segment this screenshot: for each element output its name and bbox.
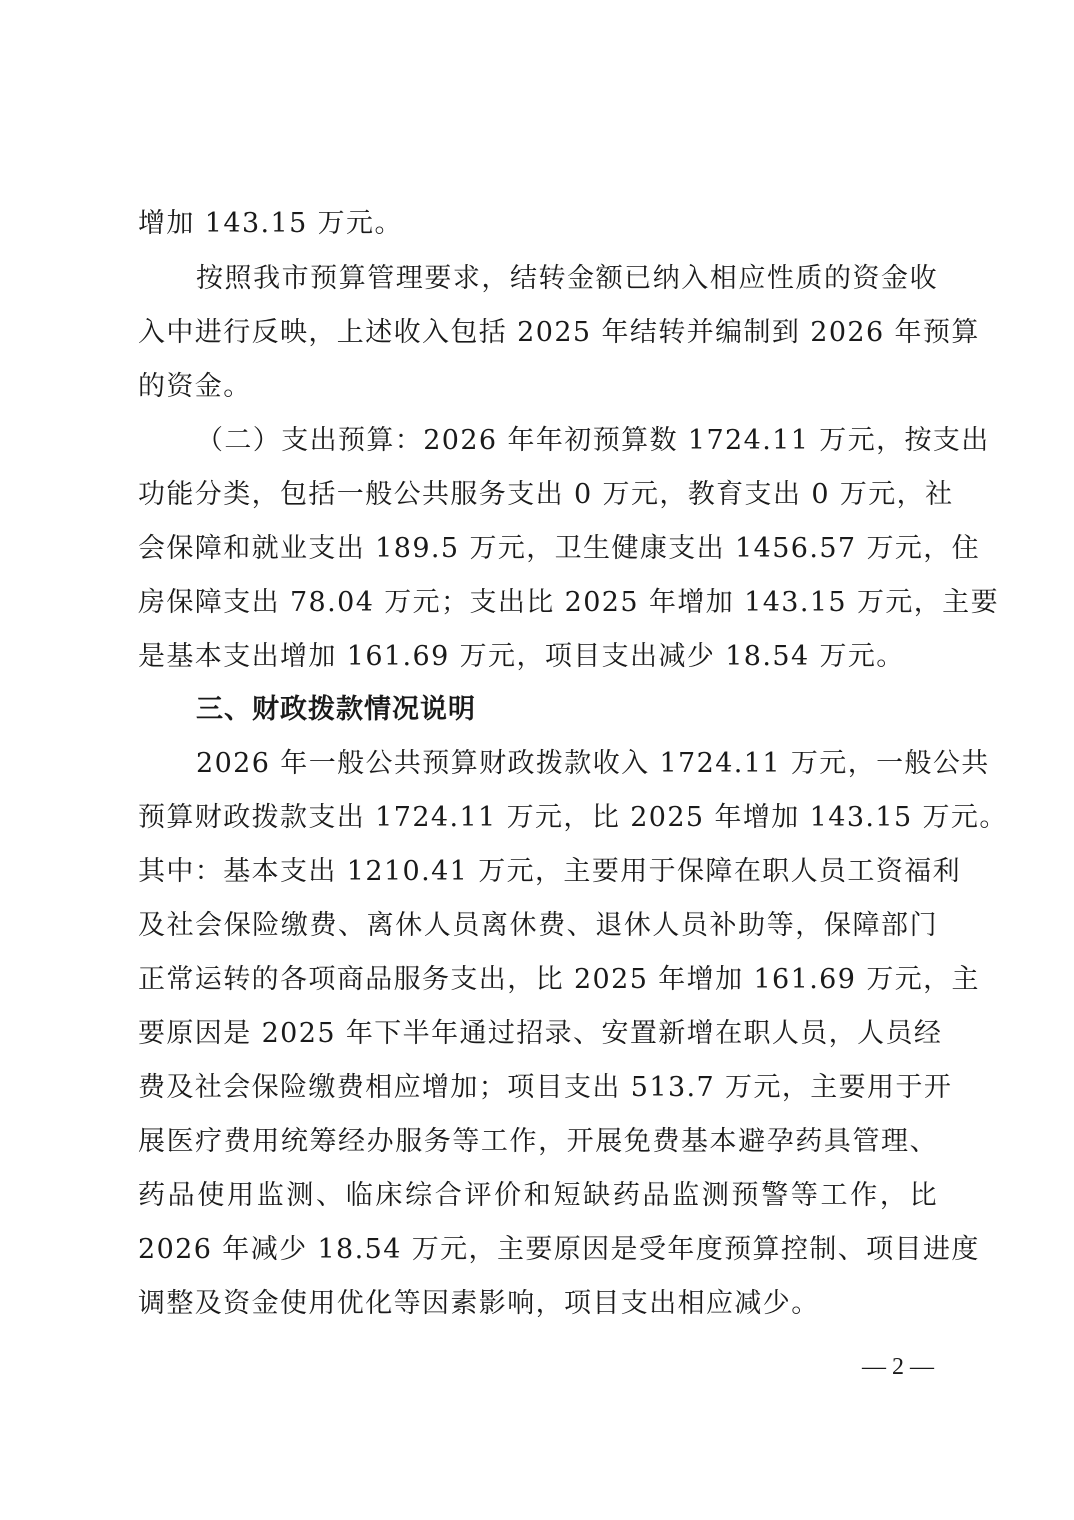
section-heading: 三、财政拨款情况说明: [196, 690, 476, 730]
paragraph-line: 的资金。: [138, 367, 938, 407]
paragraph-line: （二）支出预算：2026 年年初预算数 1724.11 万元，按支出: [196, 421, 938, 461]
page-number: — 2 —: [862, 1352, 934, 1382]
paragraph-line: 增加 143.15 万元。: [138, 204, 938, 244]
paragraph-line: 要原因是 2025 年下半年通过招录、安置新增在职人员，人员经: [138, 1014, 938, 1054]
paragraph-line: 房保障支出 78.04 万元；支出比 2025 年增加 143.15 万元，主要: [138, 583, 938, 623]
paragraph-line: 其中：基本支出 1210.41 万元，主要用于保障在职人员工资福利: [138, 852, 938, 892]
paragraph-line: 入中进行反映，上述收入包括 2025 年结转并编制到 2026 年预算: [138, 313, 938, 353]
document-page: 增加 143.15 万元。 按照我市预算管理要求，结转金额已纳入相应性质的资金收…: [0, 0, 1074, 1520]
paragraph-line: 展医疗费用统筹经办服务等工作，开展免费基本避孕药具管理、: [138, 1122, 938, 1162]
paragraph-line: 会保障和就业支出 189.5 万元，卫生健康支出 1456.57 万元，住: [138, 529, 938, 569]
paragraph-line: 费及社会保险缴费相应增加；项目支出 513.7 万元，主要用于开: [138, 1068, 938, 1108]
paragraph-line: 功能分类，包括一般公共服务支出 0 万元，教育支出 0 万元，社: [138, 475, 938, 515]
paragraph-line: 是基本支出增加 161.69 万元，项目支出减少 18.54 万元。: [138, 637, 938, 677]
paragraph-line: 及社会保险缴费、离休人员离休费、退休人员补助等，保障部门: [138, 906, 938, 946]
paragraph-line: 2026 年一般公共预算财政拨款收入 1724.11 万元，一般公共: [196, 744, 938, 784]
paragraph-line: 正常运转的各项商品服务支出，比 2025 年增加 161.69 万元，主: [138, 960, 938, 1000]
paragraph-line: 2026 年减少 18.54 万元，主要原因是受年度预算控制、项目进度: [138, 1230, 938, 1270]
paragraph-line: 预算财政拨款支出 1724.11 万元，比 2025 年增加 143.15 万元…: [138, 798, 938, 838]
paragraph-line: 调整及资金使用优化等因素影响，项目支出相应减少。: [138, 1284, 938, 1324]
paragraph-line: 药品使用监测、临床综合评价和短缺药品监测预警等工作，比: [138, 1176, 938, 1216]
paragraph-line: 按照我市预算管理要求，结转金额已纳入相应性质的资金收: [196, 259, 938, 299]
